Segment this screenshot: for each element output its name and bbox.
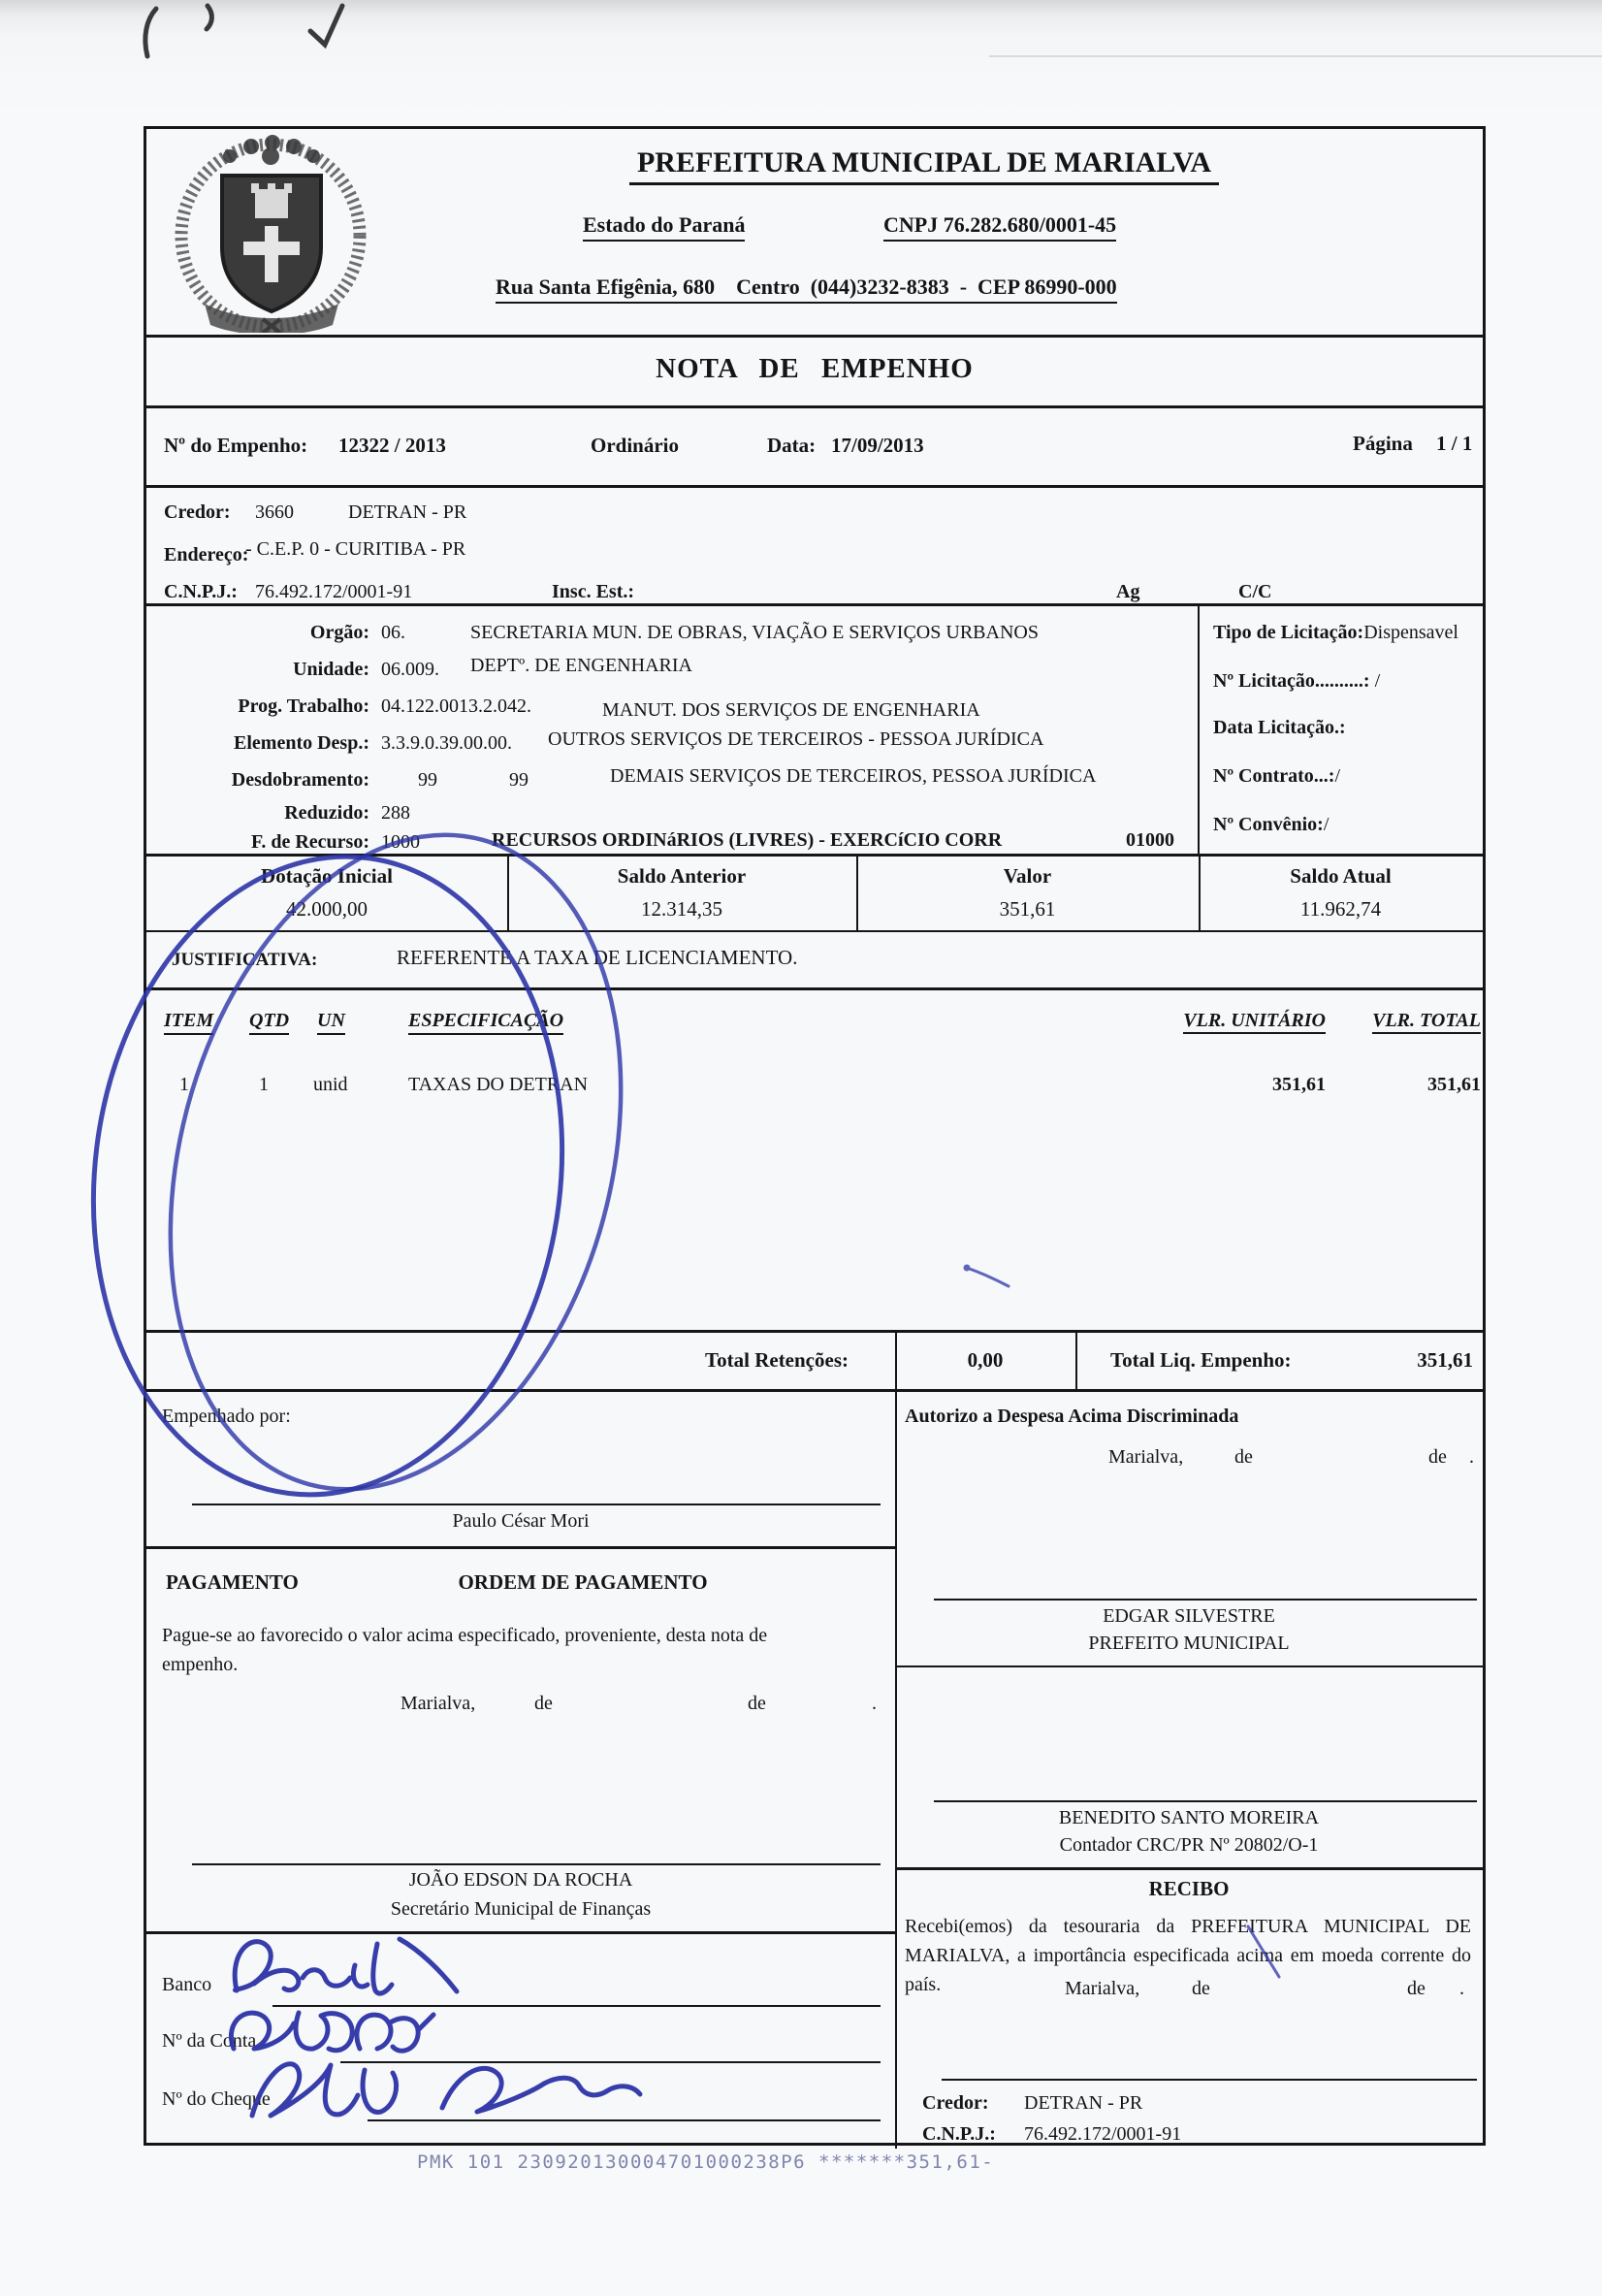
- work-program-label: Prog. Trabalho:: [146, 695, 369, 718]
- justification-row: JUSTIFICATIVA: REFERENTE A TAXA DE LICEN…: [146, 932, 1483, 990]
- empenho-row: Nº do Empenho: 12322 / 2013 Ordinário Da…: [146, 408, 1483, 488]
- initial-allocation-label: Dotação Inicial: [146, 864, 507, 889]
- agreement-number-value: /: [1324, 814, 1330, 835]
- authorize-day-of: de: [1234, 1446, 1253, 1469]
- retentions-label: Total Retenções:: [146, 1348, 849, 1373]
- payment-month-of: de: [748, 1693, 766, 1715]
- finance-secretary-name: JOÃO EDSON DA ROCHA: [146, 1869, 895, 1892]
- unit-desc: DEPTº. DE ENGENHARIA: [470, 655, 692, 677]
- breakdown-code: 99: [418, 769, 437, 792]
- receipt-month-of: de: [1407, 1978, 1426, 2000]
- cheque-number-label: Nº do Cheque: [162, 2088, 271, 2111]
- receipt-text: Recebi(emos) da tesouraria da PREFEITURA…: [905, 1912, 1471, 1999]
- header-cnpj: CNPJ 76.282.680/0001-45: [883, 212, 1116, 242]
- expense-element-code: 3.3.9.0.39.00.00.: [381, 732, 512, 755]
- top-pen-marks: [145, 6, 342, 56]
- bidding-type-label: Tipo de Licitação:: [1213, 622, 1363, 643]
- account-label: C/C: [1238, 581, 1271, 603]
- committed-by-label: Empenhado por:: [162, 1406, 291, 1428]
- divider: [895, 1867, 1483, 1870]
- date-value: 17/09/2013: [831, 434, 924, 458]
- current-balance-label: Saldo Atual: [1199, 864, 1483, 889]
- balances-row: Dotação Inicial 42.000,00 Saldo Anterior…: [146, 857, 1483, 932]
- payment-title: PAGAMENTO: [166, 1570, 299, 1595]
- breakdown-code-2: 99: [509, 769, 529, 792]
- bidding-type-value: Dispensavel: [1363, 622, 1458, 643]
- budget-block: Orgão: 06. SECRETARIA MUN. DE OBRAS, VIA…: [146, 606, 1483, 857]
- title-band: NOTA DE EMPENHO: [146, 338, 1483, 408]
- organ-desc: SECRETARIA MUN. DE OBRAS, VIAÇÃO E SERVI…: [470, 622, 1039, 644]
- footer-creditor-label: Credor:: [922, 2092, 989, 2115]
- previous-balance-label: Saldo Anterior: [507, 864, 856, 889]
- empenho-type: Ordinário: [591, 434, 679, 458]
- item-qty: 1: [259, 1074, 269, 1096]
- justification-text: REFERENTE A TAXA DE LICENCIAMENTO.: [397, 946, 797, 970]
- payment-order-text: Pague-se ao favorecido o valor acima esp…: [162, 1621, 847, 1679]
- empenho-number-label: Nº do Empenho:: [164, 434, 307, 458]
- col-unit: UN: [317, 1010, 345, 1035]
- bidding-number-value: /: [1370, 670, 1381, 692]
- signature-line: [934, 1599, 1477, 1601]
- mayor-name: EDGAR SILVESTRE: [895, 1605, 1483, 1628]
- retentions-value: 0,00: [895, 1348, 1075, 1373]
- page-number: 1 / 1: [1436, 432, 1472, 456]
- account-number-label: Nº da Conta: [162, 2030, 256, 2053]
- divider: [146, 1546, 895, 1549]
- expense-element-desc: OUTROS SERVIÇOS DE TERCEIROS - PESSOA JU…: [548, 728, 1043, 751]
- finance-secretary-role: Secretário Municipal de Finanças: [146, 1898, 895, 1921]
- signature-line: [934, 1800, 1477, 1802]
- amount-label: Valor: [856, 864, 1199, 889]
- divider: [895, 1665, 1483, 1667]
- nota-de-empenho-form: PREFEITURA MUNICIPAL DE MARIALVA Estado …: [144, 126, 1486, 2146]
- items-table: ITEM QTD UN ESPECIFICAÇÃO VLR. UNITÁRIO …: [146, 990, 1483, 1330]
- receipt-city: Marialva,: [1065, 1978, 1139, 2000]
- state-registration-label: Insc. Est.:: [552, 581, 634, 603]
- item-total-price: 351,61: [1291, 1074, 1481, 1096]
- mayor-role: PREFEITO MUNICIPAL: [895, 1633, 1483, 1655]
- signatures-area: Empenhado por: Paulo César Mori PAGAMENT…: [146, 1392, 1483, 2149]
- totals-row: Total Retenções: 0,00 Total Liq. Empenho…: [146, 1330, 1483, 1392]
- account-fill-line: [340, 2061, 881, 2063]
- authorize-period: .: [1469, 1446, 1474, 1469]
- footer-cnpj-label: C.N.P.J.:: [922, 2123, 996, 2146]
- form-header: PREFEITURA MUNICIPAL DE MARIALVA Estado …: [146, 129, 1483, 338]
- scan-artifact-line: [989, 55, 1602, 57]
- col-total-price: VLR. TOTAL: [1372, 1010, 1481, 1034]
- current-balance-value: 11.962,74: [1199, 897, 1483, 922]
- footer-creditor-name: DETRAN - PR: [1024, 2092, 1142, 2115]
- state-label: Estado do Paraná: [583, 212, 745, 242]
- committed-by-name: Paulo César Mori: [146, 1510, 895, 1533]
- payment-period: .: [872, 1693, 877, 1715]
- divider: [146, 1931, 895, 1934]
- page-title: PREFEITURA MUNICIPAL DE MARIALVA: [437, 146, 1411, 179]
- amount-value: 351,61: [856, 897, 1199, 922]
- scanned-document-page: PREFEITURA MUNICIPAL DE MARIALVA Estado …: [0, 0, 1602, 2296]
- page-number-label: Página: [1353, 432, 1413, 456]
- breakdown-label: Desdobramento:: [146, 769, 369, 792]
- creditor-address: - C.E.P. 0 - CURITIBA - PR: [245, 538, 465, 561]
- agreement-number-label: Nº Convênio:: [1213, 814, 1324, 835]
- authorize-city: Marialva,: [1108, 1446, 1183, 1469]
- resource-source-extra: 01000: [1126, 829, 1174, 852]
- divider: [942, 2079, 1477, 2081]
- authorize-expense-label: Autorizo a Despesa Acima Discriminada: [905, 1406, 1238, 1428]
- creditor-name: DETRAN - PR: [348, 501, 466, 524]
- organ-label: Orgão:: [146, 622, 369, 644]
- receipt-title: RECIBO: [895, 1877, 1483, 1901]
- creditor-code: 3660: [255, 501, 294, 524]
- payment-day-of: de: [534, 1693, 553, 1715]
- signature-line: [192, 1863, 881, 1865]
- cheque-fill-line: [368, 2119, 881, 2121]
- resource-source-desc: RECURSOS ORDINáRIOS (LIVRES) - EXERCíCIO…: [492, 829, 1002, 852]
- work-program-desc: MANUT. DOS SERVIÇOS DE ENGENHARIA: [602, 699, 980, 722]
- receipt-day-of: de: [1192, 1978, 1210, 2000]
- payment-city: Marialva,: [400, 1693, 475, 1715]
- reduced-code: 288: [381, 802, 410, 825]
- work-program-code: 04.122.0013.2.042.: [381, 695, 531, 718]
- item-number: 1: [179, 1074, 189, 1096]
- cnpj-value: 76.492.172/0001-91: [255, 581, 412, 603]
- contract-number-label: Nº Contrato...:: [1213, 765, 1334, 787]
- resource-source-code: 1000: [381, 831, 420, 854]
- bank-label: Banco: [162, 1974, 211, 1996]
- bidding-date-label: Data Licitação.:: [1213, 717, 1346, 738]
- cnpj-label: C.N.P.J.:: [164, 581, 238, 603]
- col-qty: QTD: [249, 1010, 289, 1035]
- net-commitment-value: 351,61: [1310, 1348, 1473, 1373]
- col-item: ITEM: [164, 1010, 213, 1035]
- net-commitment-label: Total Liq. Empenho:: [1110, 1348, 1292, 1373]
- contract-number-value: /: [1334, 765, 1340, 787]
- dot-matrix-print-line: PMK 101 230920130004701000238P6 *******3…: [417, 2151, 994, 2173]
- creditor-label: Credor:: [164, 501, 231, 524]
- previous-balance-value: 12.314,35: [507, 897, 856, 922]
- reduced-label: Reduzido:: [146, 802, 369, 825]
- item-specification: TAXAS DO DETRAN: [408, 1074, 588, 1096]
- authorize-month-of: de: [1428, 1446, 1447, 1469]
- accountant-role: Contador CRC/PR Nº 20802/O-1: [895, 1834, 1483, 1857]
- document-title: NOTA DE EMPENHO: [146, 353, 1483, 385]
- creditor-block: Credor: 3660 DETRAN - PR Endereço: - C.E…: [146, 488, 1483, 606]
- item-unit-price: 351,61: [1048, 1074, 1326, 1096]
- accountant-name: BENEDITO SANTO MOREIRA: [895, 1807, 1483, 1829]
- bidding-number-label: Nº Licitação..........:: [1213, 670, 1370, 692]
- justification-label: JUSTIFICATIVA:: [172, 950, 317, 971]
- agency-label: Ag: [1116, 581, 1139, 603]
- unit-label: Unidade:: [146, 659, 369, 681]
- bidding-panel: Tipo de Licitação:Dispensavel Nº Licitaç…: [1198, 606, 1485, 854]
- breakdown-desc: DEMAIS SERVIÇOS DE TERCEIROS, PESSOA JUR…: [610, 765, 1096, 788]
- column-divider: [895, 1392, 897, 2149]
- initial-allocation-value: 42.000,00: [146, 897, 507, 922]
- expense-element-label: Elemento Desp.:: [146, 732, 369, 755]
- divider: [1075, 1333, 1077, 1389]
- item-unit: unid: [313, 1074, 348, 1096]
- address-label: Endereço:: [164, 544, 248, 566]
- address-line: Rua Santa Efigênia, 680 Centro (044)3232…: [496, 275, 1117, 304]
- payment-order-title: ORDEM DE PAGAMENTO: [369, 1570, 796, 1595]
- resource-source-label: F. de Recurso:: [146, 831, 369, 854]
- organ-code: 06.: [381, 622, 405, 644]
- unit-code: 06.009.: [381, 659, 439, 681]
- marialva-coat-of-arms: [154, 133, 404, 333]
- signature-line: [192, 1504, 881, 1505]
- footer-cnpj-value: 76.492.172/0001-91: [1024, 2123, 1181, 2146]
- empenho-number: 12322 / 2013: [338, 434, 446, 458]
- date-label: Data:: [767, 434, 816, 458]
- col-specification: ESPECIFICAÇÃO: [408, 1010, 563, 1035]
- bank-fill-line: [272, 2005, 881, 2007]
- receipt-period: .: [1459, 1978, 1464, 2000]
